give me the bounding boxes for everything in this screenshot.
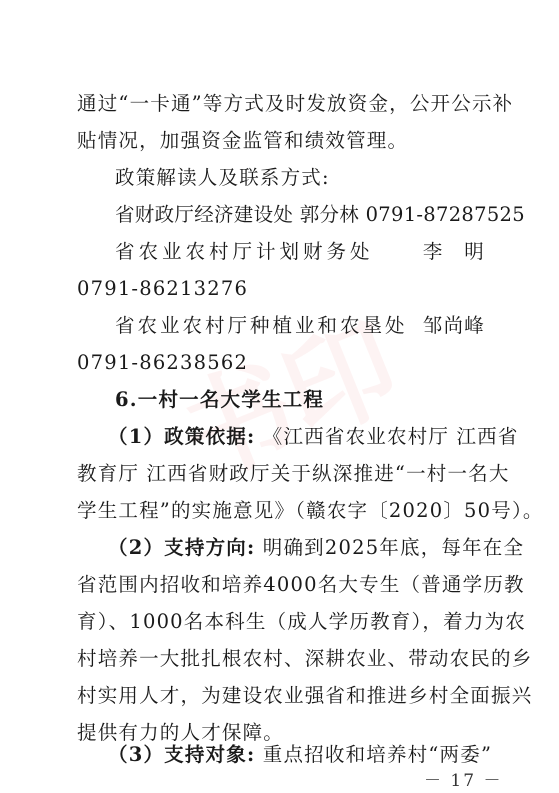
page-number: － 17 － bbox=[424, 766, 502, 791]
paragraph-line: 贴情况，加强资金监管和绩效管理。 bbox=[77, 129, 485, 153]
paragraph-line: 教育厅 江西省财政厅关于纵深推进“一村一名大 bbox=[77, 462, 485, 486]
document-page: 书印 通过“一卡通”等方式及时发放资金，公开公示补 贴情况，加强资金监管和绩效管… bbox=[0, 0, 559, 793]
contact-heading: 政策解读人及联系方式: bbox=[115, 166, 485, 190]
contact-line-1: 省财政厅经济建设处 郭分林 0791-87287525 bbox=[115, 203, 485, 227]
paragraph-line: 通过“一卡通”等方式及时发放资金，公开公示补 bbox=[77, 92, 485, 116]
contact-phone: 0791-86213276 bbox=[77, 277, 485, 301]
paragraph-line: 村实用人才，为建设农业强省和推进乡村全面振兴 bbox=[77, 684, 485, 708]
contact-person: 邹尚峰 bbox=[423, 314, 485, 338]
paragraph-line: 村培养一大批扎根农村、深耕农业、带动农民的乡 bbox=[77, 647, 485, 671]
contact-dept: 省农业农村厅计划财务处 bbox=[115, 240, 374, 264]
contact-phone: 0791-86238562 bbox=[77, 351, 485, 375]
support-target-line: （3）支持对象: 重点招收和培养村“两委” bbox=[108, 743, 478, 767]
paragraph-line: 省范围内招收和培养4000名大专生（普通学历教 bbox=[77, 573, 485, 597]
item-text: 《江西省农业农村厅 江西省 bbox=[263, 425, 519, 448]
item-label: （3）支持对象: bbox=[108, 743, 255, 766]
contact-line-3: 省农业农村厅种植业和农垦处 邹尚峰 bbox=[115, 314, 485, 338]
item-label: （2）支持方向: bbox=[108, 536, 255, 559]
paragraph-line: 提供有力的人才保障。 bbox=[77, 721, 485, 745]
contact-dept: 省农业农村厅种植业和农垦处 bbox=[115, 314, 408, 338]
contact-line-2: 省农业农村厅计划财务处 李 明 bbox=[115, 240, 485, 264]
section-heading: 6.一村一名大学生工程 bbox=[115, 388, 485, 412]
support-direction-line: （2）支持方向: 明确到2025年底，每年在全 bbox=[108, 536, 478, 560]
paragraph-line: 学生工程”的实施意见》（赣农字〔2020〕50号）。 bbox=[77, 499, 485, 523]
item-text: 明确到2025年底，每年在全 bbox=[263, 536, 524, 559]
paragraph-line: 育）、1000名本科生（成人学历教育），着力为农 bbox=[77, 610, 485, 634]
contact-person: 李 明 bbox=[423, 240, 485, 264]
policy-basis-line: （1）政策依据: 《江西省农业农村厅 江西省 bbox=[108, 425, 478, 449]
item-label: （1）政策依据: bbox=[108, 425, 255, 448]
item-text: 重点招收和培养村“两委” bbox=[263, 743, 492, 766]
